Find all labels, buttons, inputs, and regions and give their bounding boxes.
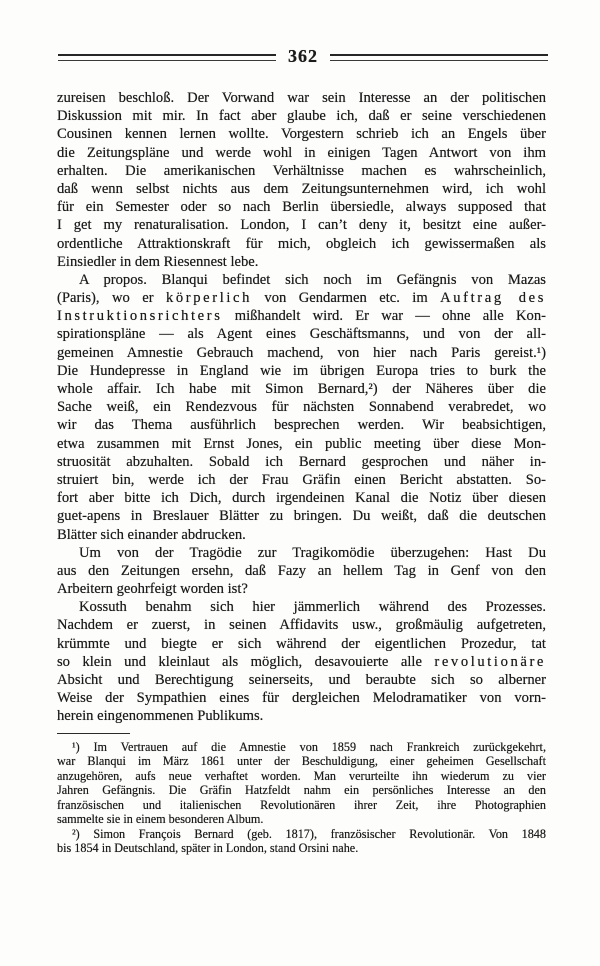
text-line: etwa zusammen mit Ernst Jones, ein publi… xyxy=(57,435,546,453)
text-line: Einsiedler in dem Riesennest lebe. xyxy=(57,253,546,271)
text-line: struiert bin, werde ich der Frau Gräfin … xyxy=(57,471,546,489)
footnote-line: ¹) Im Vertrauen auf die Amnestie von 185… xyxy=(57,740,546,754)
text-line: herein eingenommenen Publikums. xyxy=(57,707,546,725)
footnote-line: sammelte sie in einem besonderen Album. xyxy=(57,812,546,826)
text-line: zureisen beschloß. Der Vorwand war sein … xyxy=(57,89,546,107)
text-line: so klein und kleinlaut als möglich, desa… xyxy=(57,653,546,671)
footnote-2: ²) Simon François Bernard (geb. 1817), f… xyxy=(57,827,546,856)
emphasized-text: körperlich xyxy=(166,290,252,306)
text-line: Nachdem er zuerst, in seinen Affidavits … xyxy=(57,616,546,634)
footnote-line: war Blanqui im März 1861 unter der Besch… xyxy=(57,754,546,768)
running-head: 362 xyxy=(58,48,548,66)
text-segment: (Paris), wo er xyxy=(57,290,166,306)
text-line: Blätter sich einander abdrucken. xyxy=(57,526,546,544)
text-line: Absicht und Berechtigung seinerseits, un… xyxy=(57,671,546,689)
body-text: zureisen beschloß. Der Vorwand war sein … xyxy=(57,89,546,726)
text-segment: so klein und kleinlaut als möglich, desa… xyxy=(57,654,434,670)
paragraph-2: A propos. Blanqui befindet sich noch im … xyxy=(57,271,546,544)
header-rule-right xyxy=(330,54,548,61)
text-line: Instruktionsrichters mißhandelt wird. Er… xyxy=(57,307,546,325)
emphasized-text: revolutionäre xyxy=(434,654,546,670)
text-line: daß wenn selbst nichts aus dem Zeitungsu… xyxy=(57,180,546,198)
text-line: Weise der Sympathien eines für dergleich… xyxy=(57,689,546,707)
text-line: whole affair. Ich habe mit Simon Bernard… xyxy=(57,380,546,398)
text-line: Arbeitern geohrfeigt worden ist? xyxy=(57,580,546,598)
footnote-1: ¹) Im Vertrauen auf die Amnestie von 185… xyxy=(57,740,546,827)
text-line: Diskussion mit mir. In fact aber glaube … xyxy=(57,107,546,125)
footnote-separator xyxy=(57,733,130,734)
page-number: 362 xyxy=(288,47,318,65)
text-line: für ein Semester oder so nach Berlin übe… xyxy=(57,198,546,216)
text-line: Cousinen kennen lernen wollte. Vorgester… xyxy=(57,125,546,143)
text-line: wir das Thema ausführlich besprechen wer… xyxy=(57,416,546,434)
footnote-line: ²) Simon François Bernard (geb. 1817), f… xyxy=(57,827,546,841)
paragraph-3: Um von der Tragödie zur Tragikomödie übe… xyxy=(57,544,546,599)
text-line: Die Hundepresse in England wie im übrige… xyxy=(57,362,546,380)
footnote-line: anzugehören, aufs neue verhaftet worden.… xyxy=(57,769,546,783)
text-line: krümmte und biegte er sich während der e… xyxy=(57,635,546,653)
text-segment: von Gendarmen etc. im xyxy=(252,290,440,306)
footnote-line: französischen und italienischen Revoluti… xyxy=(57,798,546,812)
footnote-line: Jahren Gefängnis. Die Gräfin Hatzfeldt n… xyxy=(57,783,546,797)
text-line: A propos. Blanqui befindet sich noch im … xyxy=(57,271,546,289)
paragraph-1: zureisen beschloß. Der Vorwand war sein … xyxy=(57,89,546,271)
text-line: (Paris), wo er körperlich von Gendarmen … xyxy=(57,289,546,307)
footnote-line: bis 1854 in Deutschland, später in Londo… xyxy=(57,841,546,855)
header-rule-left xyxy=(58,54,276,61)
text-line: ordentliche Attraktionskraft für mich, o… xyxy=(57,235,546,253)
text-line: spirationspläne — als Agent eines Geschä… xyxy=(57,325,546,343)
text-line: guet-apens in Breslauer Blätter zu bring… xyxy=(57,507,546,525)
paragraph-4: Kossuth benahm sich hier jämmerlich währ… xyxy=(57,598,546,725)
text-line: Kossuth benahm sich hier jämmerlich währ… xyxy=(57,598,546,616)
emphasized-text: Auftrag des xyxy=(440,290,546,306)
text-line: struosität abzuhalten. Sobald ich Bernar… xyxy=(57,453,546,471)
text-line: fort aber bitte ich Dich, durch irgendei… xyxy=(57,489,546,507)
text-line: Um von der Tragödie zur Tragikomödie übe… xyxy=(57,544,546,562)
text-line: gemeinen Amnestie Gebrauch machend, von … xyxy=(57,344,546,362)
text-line: I get my renaturalisation. London, I can… xyxy=(57,216,546,234)
book-page: 362 zureisen beschloß. Der Vorwand war s… xyxy=(0,0,600,966)
text-segment: mißhandelt wird. Er war — ohne alle Kon- xyxy=(223,308,547,324)
text-line: die Zeitungspläne und werde wohl in eini… xyxy=(57,144,546,162)
text-line: erhalten. Die amerikanischen Verhältniss… xyxy=(57,162,546,180)
text-line: aus den Zeitungen ersehn, daß Fazy an he… xyxy=(57,562,546,580)
emphasized-text: Instruktionsrichters xyxy=(57,308,223,324)
text-line: Sache weiß, ein Rendezvous für nächsten … xyxy=(57,398,546,416)
footnotes: ¹) Im Vertrauen auf die Amnestie von 185… xyxy=(57,740,546,856)
